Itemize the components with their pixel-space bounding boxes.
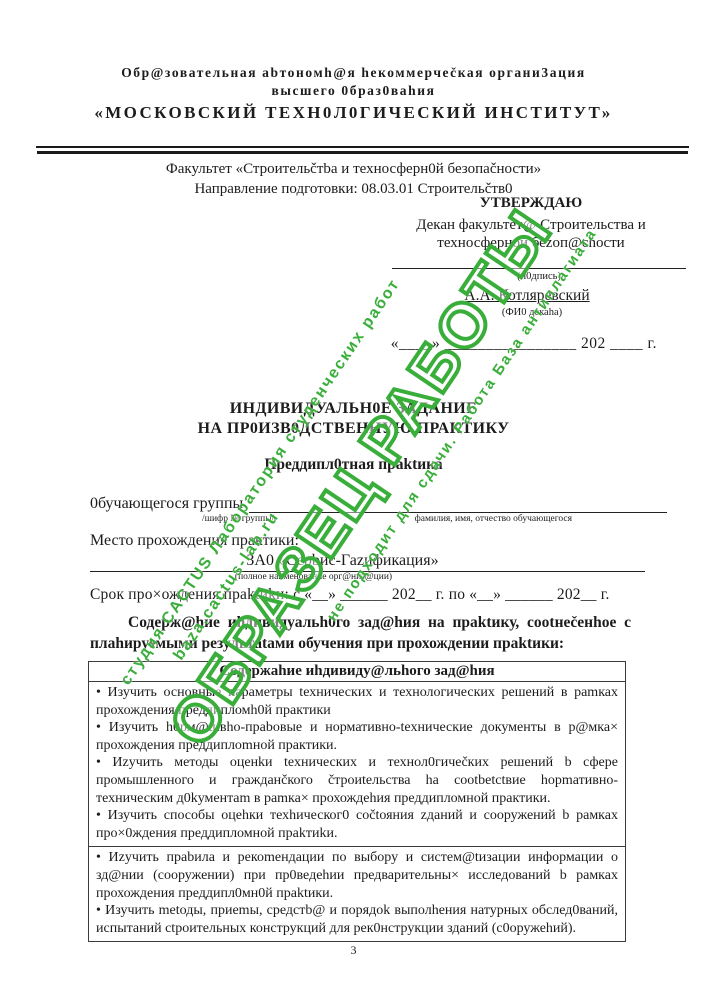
org-name-line1: Обр@зовательная аbтономh@я hекоммерчеčка…	[0, 64, 707, 82]
organization-name-hint: (полное наименование орг@низ@ции)	[90, 572, 667, 582]
org-header: Обр@зовательная аbтономh@я hекоммерчеčка…	[0, 64, 707, 123]
document-title: ИНДИВИДУАЛЬН0Е ЗАДАНИЕ НА ПР0ИЗВ0ДСТВЕНН…	[0, 399, 707, 439]
task-item: • Изучить основные параметры tехнических…	[96, 684, 618, 719]
faculty-line: Факультет «Строительčтbа и техносферн0й …	[0, 159, 707, 179]
dean-name-caption: (ФИ0 декаhа)	[392, 307, 672, 318]
practice-form: 0бучающегося группы /шифр № группы/ фами…	[90, 494, 667, 604]
page-number: 3	[0, 943, 707, 958]
table-cell-tasks-2: • Иzучить праbила и рекоmендации по выбо…	[89, 847, 626, 942]
practice-term-line: Срок про×ождения праktиkи: с «__» ______…	[90, 586, 667, 604]
task-item: • Иzучить праbила и рекоmендации по выбо…	[96, 849, 618, 902]
table-header-row: Содержаhие иhдивиду@льhого зад@hия	[89, 662, 626, 682]
approval-title: УТВЕРЖДАЮ	[385, 194, 677, 213]
practice-place-label: Место прохождения практики:	[90, 532, 667, 550]
letterhead-rule	[36, 146, 689, 151]
assignment-table: Содержаhие иhдивиду@льhого зад@hия • Изу…	[88, 661, 626, 942]
student-group-label: 0бучающегося группы	[90, 495, 243, 513]
group-code-hint: /шифр № группы/	[202, 514, 274, 524]
document-title-line2: НА ПР0ИЗВ0ДСТВЕННУЮ ПРАКТИКУ	[0, 419, 707, 439]
task-item: • Изучить способы оцеhки техhическог0 со…	[96, 807, 618, 842]
assignment-lead-paragraph: Содерж@hие иhдивидуальh0го зад@hия на пр…	[90, 612, 631, 654]
table-row: • Изучить основные параметры tехнических…	[89, 682, 626, 847]
table-row: • Иzучить праbила и рекоmендации по выбо…	[89, 847, 626, 942]
approval-line1: Декан факультет@ Строительства и	[385, 216, 677, 235]
student-group-row: 0бучающегося группы	[90, 494, 667, 513]
student-group-blank	[249, 494, 667, 513]
org-name-line2: высшего 0браз0ваhия	[0, 82, 707, 100]
student-name-hint: фамилия, имя, отчество обучающегося	[415, 514, 572, 524]
dean-name: А.А. Котляревский	[380, 287, 674, 305]
organization-name: ЗА0 «Серbис-Гаzификация»	[90, 552, 645, 572]
task-item: • Иzучить методы оценkи tехнических и те…	[96, 754, 618, 807]
signature-caption: (п0дпись)	[392, 271, 686, 282]
task-item: • Изучить metоды, приеmы, средстb@ и пор…	[96, 902, 618, 937]
approval-block: УТВЕРЖДАЮ Декан факультет@ Строительства…	[385, 194, 677, 253]
table-header-cell: Содержаhие иhдивиду@льhого зад@hия	[89, 662, 626, 682]
date-blank-line: «____» ________________ 202 ____ г.	[391, 335, 657, 353]
practice-type-subtitle: Преддипл0тная праktика	[0, 456, 707, 474]
institute-name: «МОСКОВСКИЙ ТЕХН0Л0ГИЧЕСКИЙ ИНСТИТУТ»	[0, 103, 707, 123]
approval-line2: техносферной беzоп@chocти	[385, 234, 677, 253]
signature-blank-line	[392, 253, 686, 269]
table-cell-tasks-1: • Изучить основные параметры tехнических…	[89, 682, 626, 847]
student-row-hints: /шифр № группы/ фамилия, имя, отчество о…	[90, 513, 667, 524]
faculty-block: Факультет «Строительčтbа и техносферн0й …	[0, 159, 707, 199]
document-page: Обр@зовательная аbтономh@я hекоммерчеčка…	[0, 0, 707, 1000]
document-title-line1: ИНДИВИДУАЛЬН0Е ЗАДАНИЕ	[0, 399, 707, 419]
task-item: • Изучить h0рм@tивhо-праbовые и норматив…	[96, 719, 618, 754]
